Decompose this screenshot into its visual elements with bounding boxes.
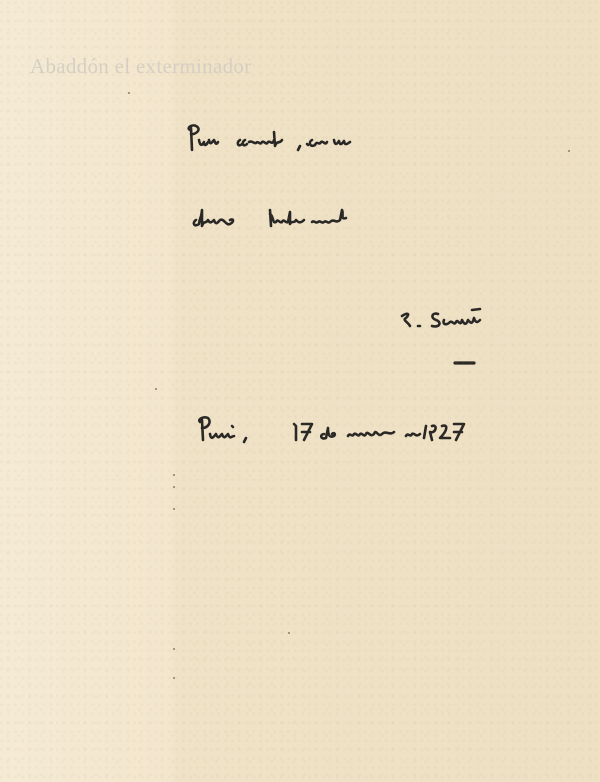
signature-text: E. Sabato — [0, 0, 1, 1]
dedication-line-1-text: Para Claude, con mi — [0, 0, 1, 1]
speck — [568, 150, 570, 152]
speck — [173, 474, 175, 476]
handwriting-signature — [396, 300, 526, 340]
speck — [173, 648, 175, 650]
printed-title: Abaddón el exterminador — [30, 54, 252, 79]
signature-dash — [452, 358, 478, 368]
handwriting-date-line — [194, 412, 494, 452]
speck — [128, 92, 130, 94]
handwriting-line-1 — [182, 118, 452, 162]
date-line-text: París, 17 de marzo de 1977 — [0, 0, 1, 1]
speck — [155, 388, 157, 390]
speck — [173, 677, 175, 679]
dedication-line-2-text: abrazo fraternal — [0, 0, 1, 1]
speck — [173, 508, 175, 510]
book-page: Abaddón el exterminador Para Claude, con… — [0, 0, 600, 782]
speck — [288, 632, 290, 634]
handwriting-line-2 — [190, 200, 440, 236]
speck — [173, 486, 175, 488]
